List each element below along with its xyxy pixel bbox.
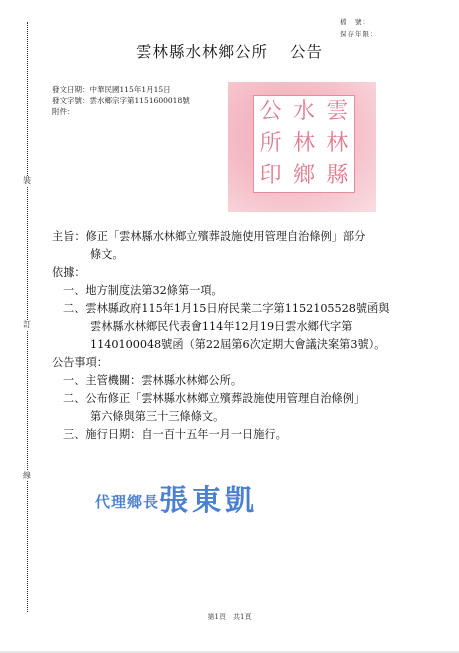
signature-title: 代理鄉長 — [95, 493, 159, 511]
document-body: 主旨：修正「雲林縣水林鄉立殯葬設施使用管理自治條例」部分 條文。 依據： 一、地… — [52, 228, 422, 444]
basis-item-text: 1140100048號函（第22屆第6次定期大會議決案第3號）。 — [90, 338, 385, 351]
seal-char: 印 — [254, 160, 287, 192]
seal-char: 縣 — [321, 160, 354, 192]
signature-stamp: 代理鄉長張東凱 — [95, 478, 258, 519]
basis-item-text: 雲林縣政府115年1月15日府民業二字第1152105528號函與 — [85, 302, 389, 315]
announcement-item-num: 一、 — [63, 374, 85, 387]
retention-field: 保存年限： — [340, 28, 378, 40]
announcement-item-1: 一、主管機關：雲林縣水林鄉公所。 — [52, 372, 422, 390]
announcement-item-num: 二、 — [63, 392, 85, 405]
announcement-item-3: 三、施行日期：自一百十五年一月一日施行。 — [52, 426, 422, 444]
basis-item-2-cont: 雲林縣水林鄉民代表會114年12月19日雲水鄉代字第 — [52, 318, 422, 336]
issue-date-value: 中華民國115年1月15日 — [90, 85, 171, 94]
subject-label: 主旨： — [52, 230, 86, 243]
file-number-field: 檔 號： — [340, 16, 378, 28]
basis-item-text: 雲林縣水林鄉民代表會114年12月19日雲水鄉代字第 — [90, 320, 352, 333]
announcement-label: 公告事項： — [52, 356, 108, 369]
announcement-item-text: 施行日期：自一百十五年一月一日施行。 — [85, 428, 286, 441]
document-title: 雲林縣水林鄉公所公告 — [0, 40, 459, 62]
issue-number-value: 雲水鄉宗字第1151600018號 — [90, 96, 190, 105]
issue-date-row: 發文日期：中華民國115年1月15日 — [52, 84, 190, 95]
title-org: 雲林縣水林鄉公所 — [136, 43, 268, 61]
announcement-item-2: 二、公布修正「雲林縣水林鄉立殯葬設施使用管理自治條例」 — [52, 390, 422, 408]
issue-number-row: 發文字號：雲水鄉宗字第1151600018號 — [52, 95, 190, 106]
attachment-label: 附件： — [52, 107, 75, 116]
subject-line-2: 條文。 — [52, 246, 422, 264]
issue-info: 發文日期：中華民國115年1月15日 發文字號：雲水鄉宗字第1151600018… — [52, 84, 190, 117]
title-doc-type: 公告 — [290, 43, 323, 61]
basis-item-2: 二、雲林縣政府115年1月15日府民業二字第1152105528號函與 — [52, 300, 422, 318]
subject-text-2: 條文。 — [90, 248, 124, 261]
seal-char: 所 — [254, 128, 287, 160]
basis-item-num: 二、 — [63, 302, 85, 315]
seal-char: 水 — [287, 96, 320, 128]
file-number-label: 檔 號： — [340, 16, 370, 28]
issue-date-label: 發文日期： — [52, 85, 90, 94]
binding-label-ding: 訂 — [20, 320, 34, 330]
basis-item-2-cont: 1140100048號函（第22屆第6次定期大會議決案第3號）。 — [52, 336, 422, 354]
announcement-item-num: 三、 — [63, 428, 85, 441]
header-meta: 檔 號： 保存年限： — [340, 16, 378, 40]
retention-label: 保存年限： — [340, 28, 378, 40]
basis-item-text: 地方制度法第32條第一項。 — [85, 284, 222, 297]
binding-label-xian: 線 — [20, 471, 34, 481]
seal-char: 雲 — [321, 96, 354, 128]
attachment-row: 附件： — [52, 106, 190, 117]
seal-char: 鄉 — [287, 160, 320, 192]
seal-inner: 公 水 雲 所 林 林 印 鄉 縣 — [253, 95, 355, 193]
basis-label: 依據： — [52, 266, 86, 279]
announcement-item-text: 主管機關：雲林縣水林鄉公所。 — [85, 374, 242, 387]
basis-item-1: 一、地方制度法第32條第一項。 — [52, 282, 422, 300]
seal-char: 林 — [287, 128, 320, 160]
binding-line — [27, 22, 28, 612]
announcement-item-text: 第六條與第三十三條條文。 — [90, 410, 224, 423]
announcement-item-text: 公布修正「雲林縣水林鄉立殯葬設施使用管理自治條例」 — [85, 392, 365, 405]
binding-label-zhuang: 裝 — [20, 176, 34, 186]
announcement-item-2-cont: 第六條與第三十三條條文。 — [52, 408, 422, 426]
basis-heading: 依據： — [52, 264, 422, 282]
basis-item-num: 一、 — [63, 284, 85, 297]
subject-text-1: 修正「雲林縣水林鄉立殯葬設施使用管理自治條例」部分 — [86, 230, 366, 243]
seal-char: 公 — [254, 96, 287, 128]
page-number: 第1頁 共1頁 — [0, 612, 459, 622]
official-seal: 公 水 雲 所 林 林 印 鄉 縣 — [228, 82, 376, 212]
issue-number-label: 發文字號： — [52, 96, 90, 105]
seal-char: 林 — [321, 128, 354, 160]
subject-line-1: 主旨：修正「雲林縣水林鄉立殯葬設施使用管理自治條例」部分 — [52, 228, 422, 246]
signature-name: 張東凱 — [159, 483, 258, 517]
announcement-heading: 公告事項： — [52, 354, 422, 372]
